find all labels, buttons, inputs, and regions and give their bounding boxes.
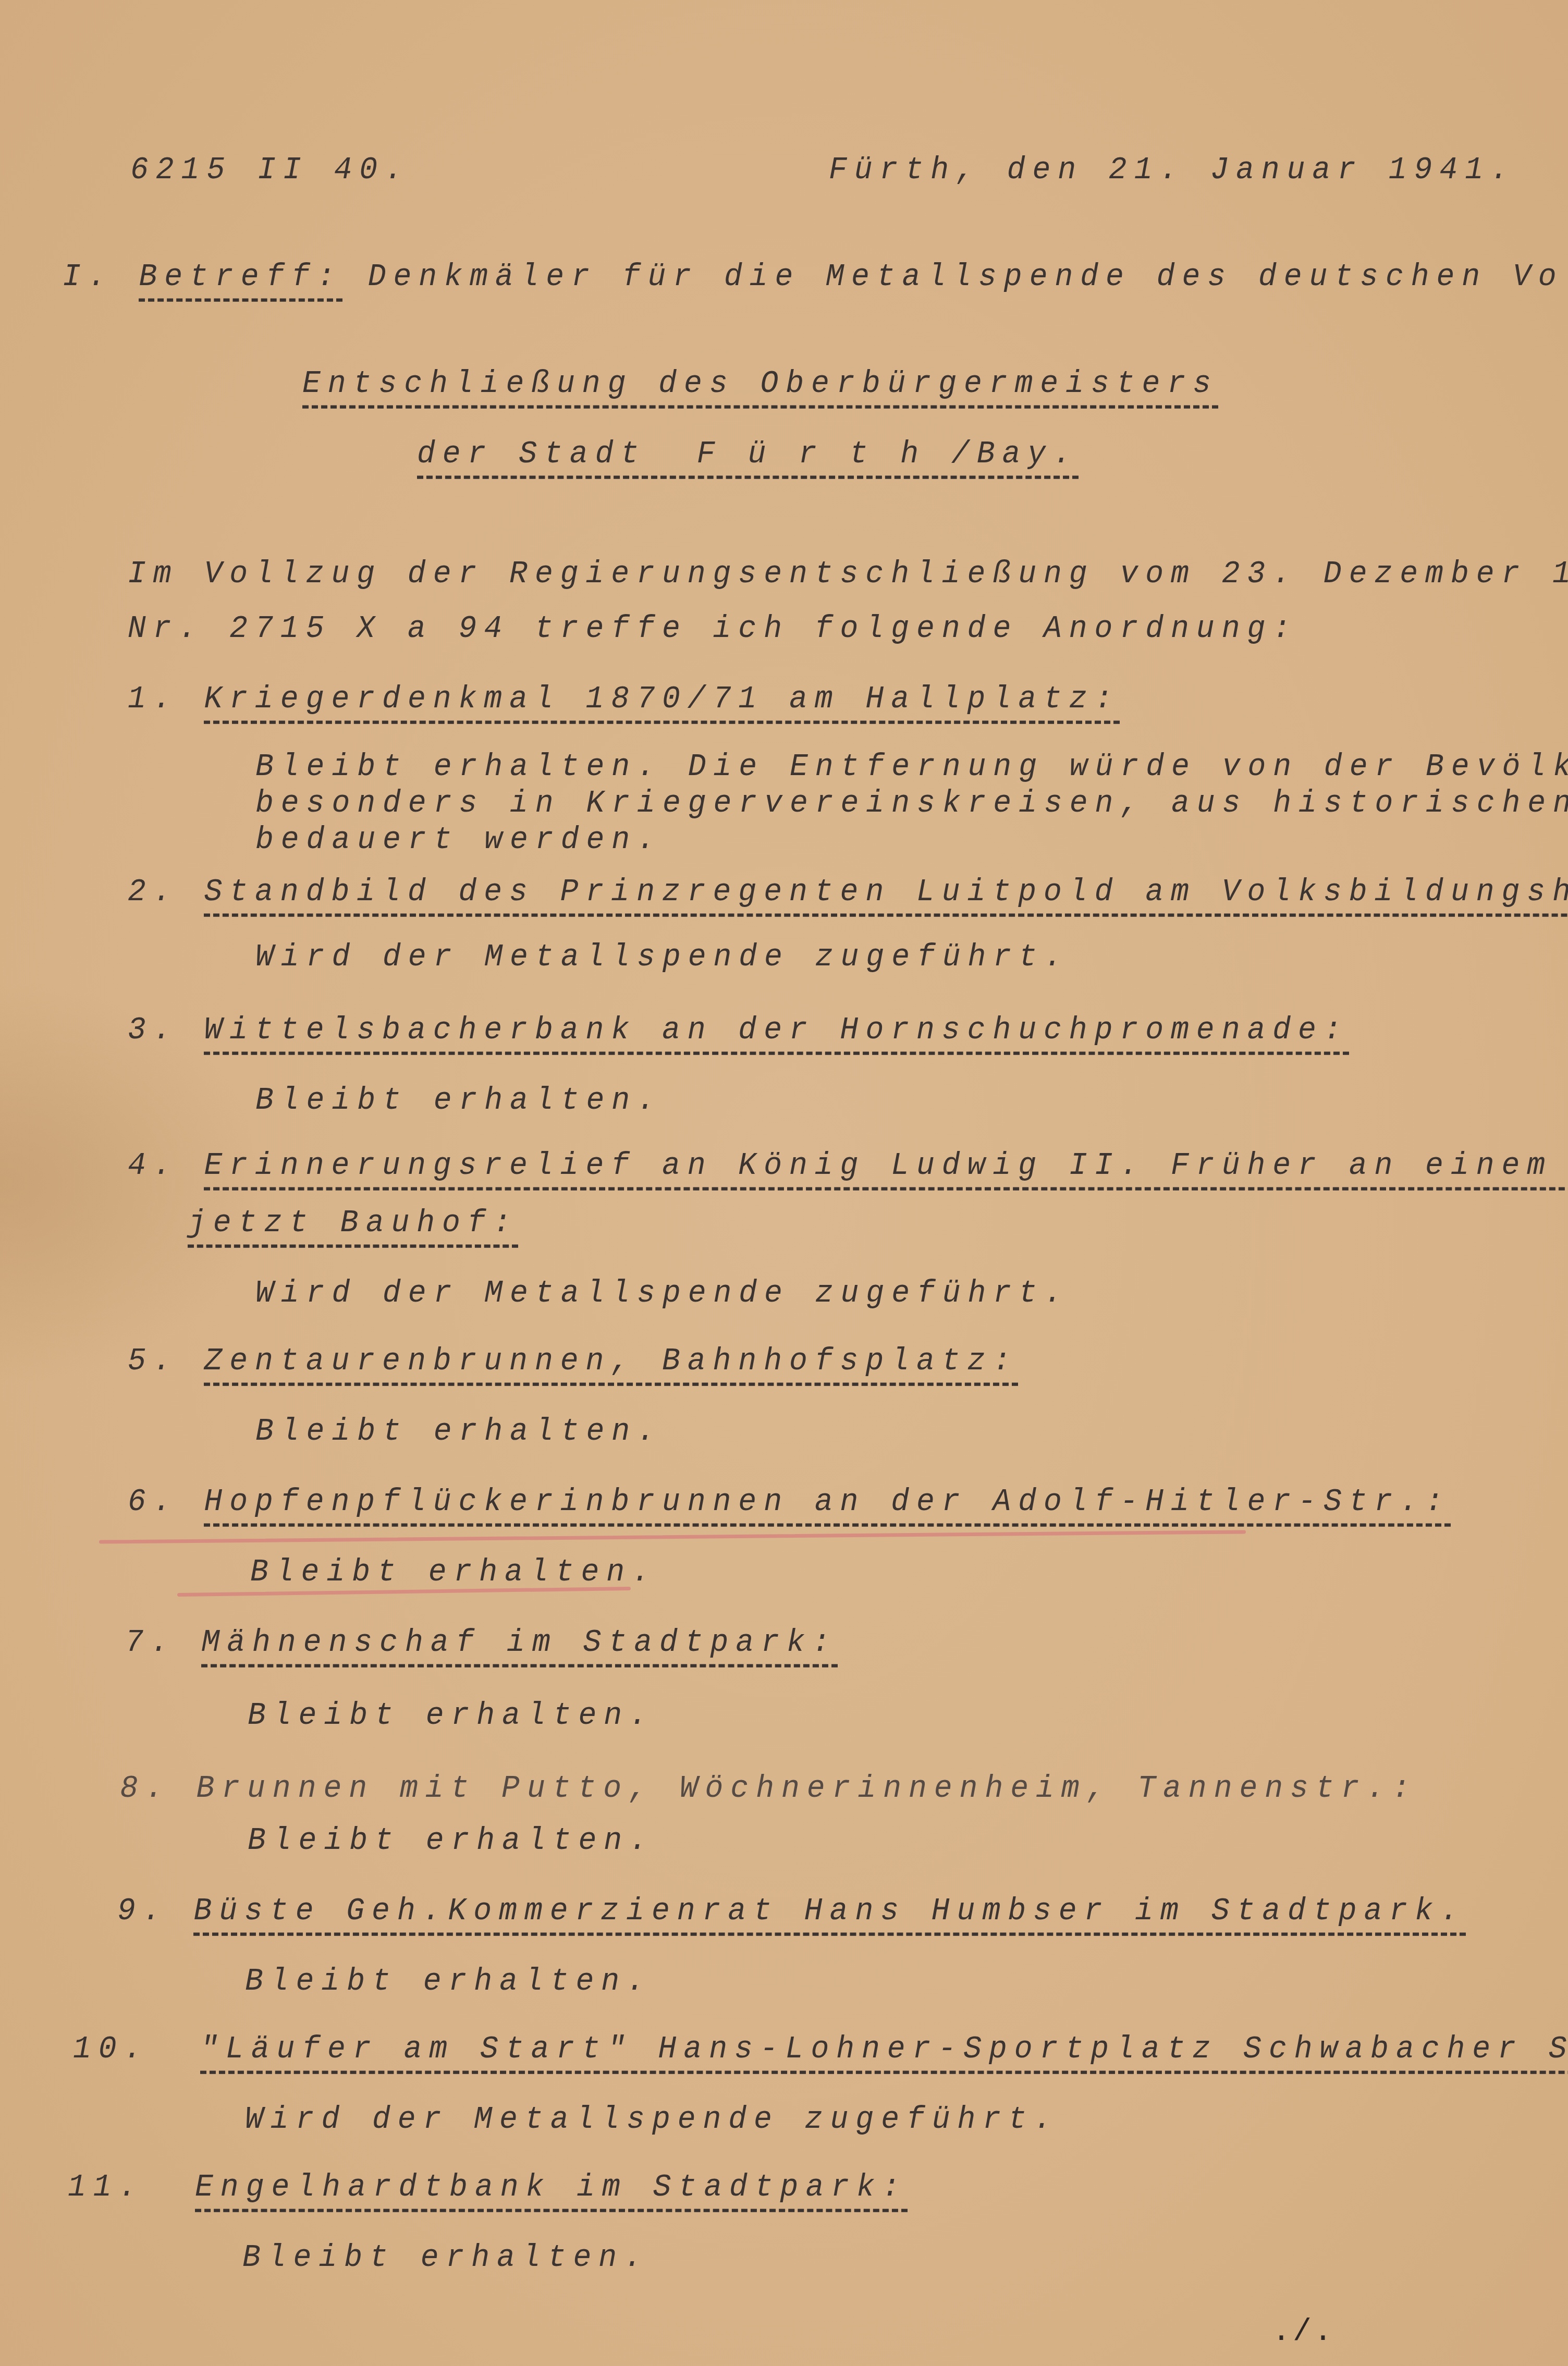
document-page: 6215 II 40. Fürth, den 21. Januar 1941. …: [0, 0, 1568, 2366]
list-item-7-decision: Bleibt erhalten.: [248, 1700, 655, 1732]
list-item-10-title: 10. "Läufer am Start" Hans-Lohner-Sportp…: [73, 2034, 1568, 2066]
list-item-8-title: 8. Brunnen mit Putto, Wöchnerinnenheim, …: [120, 1773, 1417, 1805]
list-item-4-title: 4. Erinnerungsrelief an König Ludwig II.…: [128, 1150, 1568, 1182]
list-item-7-title: 7. Mähnenschaf im Stadtpark:: [125, 1627, 838, 1659]
list-item-8-decision: Bleibt erhalten.: [248, 1825, 655, 1857]
subject-prefix: I.: [63, 260, 114, 295]
list-item-4-title-cont: jetzt Bauhof:: [188, 1208, 518, 1240]
continuation-mark: ./.: [1272, 2314, 1334, 2350]
list-item-9-decision: Bleibt erhalten.: [245, 1966, 652, 1998]
list-item-6-title: 6. Hopfenpflückerinbrunnen an der Adolf-…: [128, 1487, 1451, 1518]
list-item-2-decision: Wird der Metallspende zugeführt.: [255, 942, 1070, 974]
list-item-3-decision: Bleibt erhalten.: [255, 1085, 663, 1117]
intro-line-1: Im Vollzug der Regierungsentschließung v…: [128, 559, 1568, 591]
list-item-5-decision: Bleibt erhalten.: [255, 1416, 663, 1448]
list-item-1-decision: besonders in Kriegervereinskreisen, aus …: [255, 788, 1568, 820]
list-item-5-title: 5. Zentaurenbrunnen, Bahnhofsplatz:: [128, 1346, 1018, 1378]
list-item-11-decision: Bleibt erhalten.: [242, 2242, 650, 2274]
list-item-9-title: 9. Büste Geh.Kommerzienrat Hans Humbser …: [117, 1896, 1466, 1928]
red-pencil-underline: [99, 1530, 1246, 1543]
subject-text: Denkmäler für die Metallspende des deuts…: [368, 260, 1568, 295]
resolution-heading-2: der Stadt F ü r t h /Bay.: [417, 439, 1079, 471]
list-item-1-decision: bedauert werden.: [255, 825, 663, 856]
place-date: Fürth, den 21. Januar 1941.: [829, 155, 1516, 187]
list-item-3-title: 3. Wittelsbacherbank an der Hornschuchpr…: [128, 1015, 1349, 1047]
subject-line: I. Betreff: Denkmäler für die Metallspen…: [63, 262, 1568, 293]
subject-label: Betreff:: [139, 260, 342, 302]
list-item-6-decision: Bleibt erhalten.: [250, 1557, 657, 1589]
resolution-heading-1: Entschließung des Oberbürgermeisters: [302, 369, 1218, 400]
list-item-10-decision: Wird der Metallspende zugeführt.: [245, 2104, 1059, 2136]
list-item-1-title: 1. Kriegerdenkmal 1870/71 am Hallplatz:: [128, 684, 1120, 716]
list-item-11-title: 11. Engelhardtbank im Stadtpark:: [68, 2172, 908, 2204]
file-number: 6215 II 40.: [130, 155, 410, 187]
list-item-4-decision: Wird der Metallspende zugeführt.: [255, 1278, 1070, 1310]
list-item-1-decision: Bleibt erhalten. Die Entfernung würde vo…: [255, 752, 1568, 783]
intro-line-2: Nr. 2715 X a 94 treffe ich folgende Anor…: [128, 614, 1298, 645]
list-item-2-title: 2. Standbild des Prinzregenten Luitpold …: [128, 877, 1568, 909]
